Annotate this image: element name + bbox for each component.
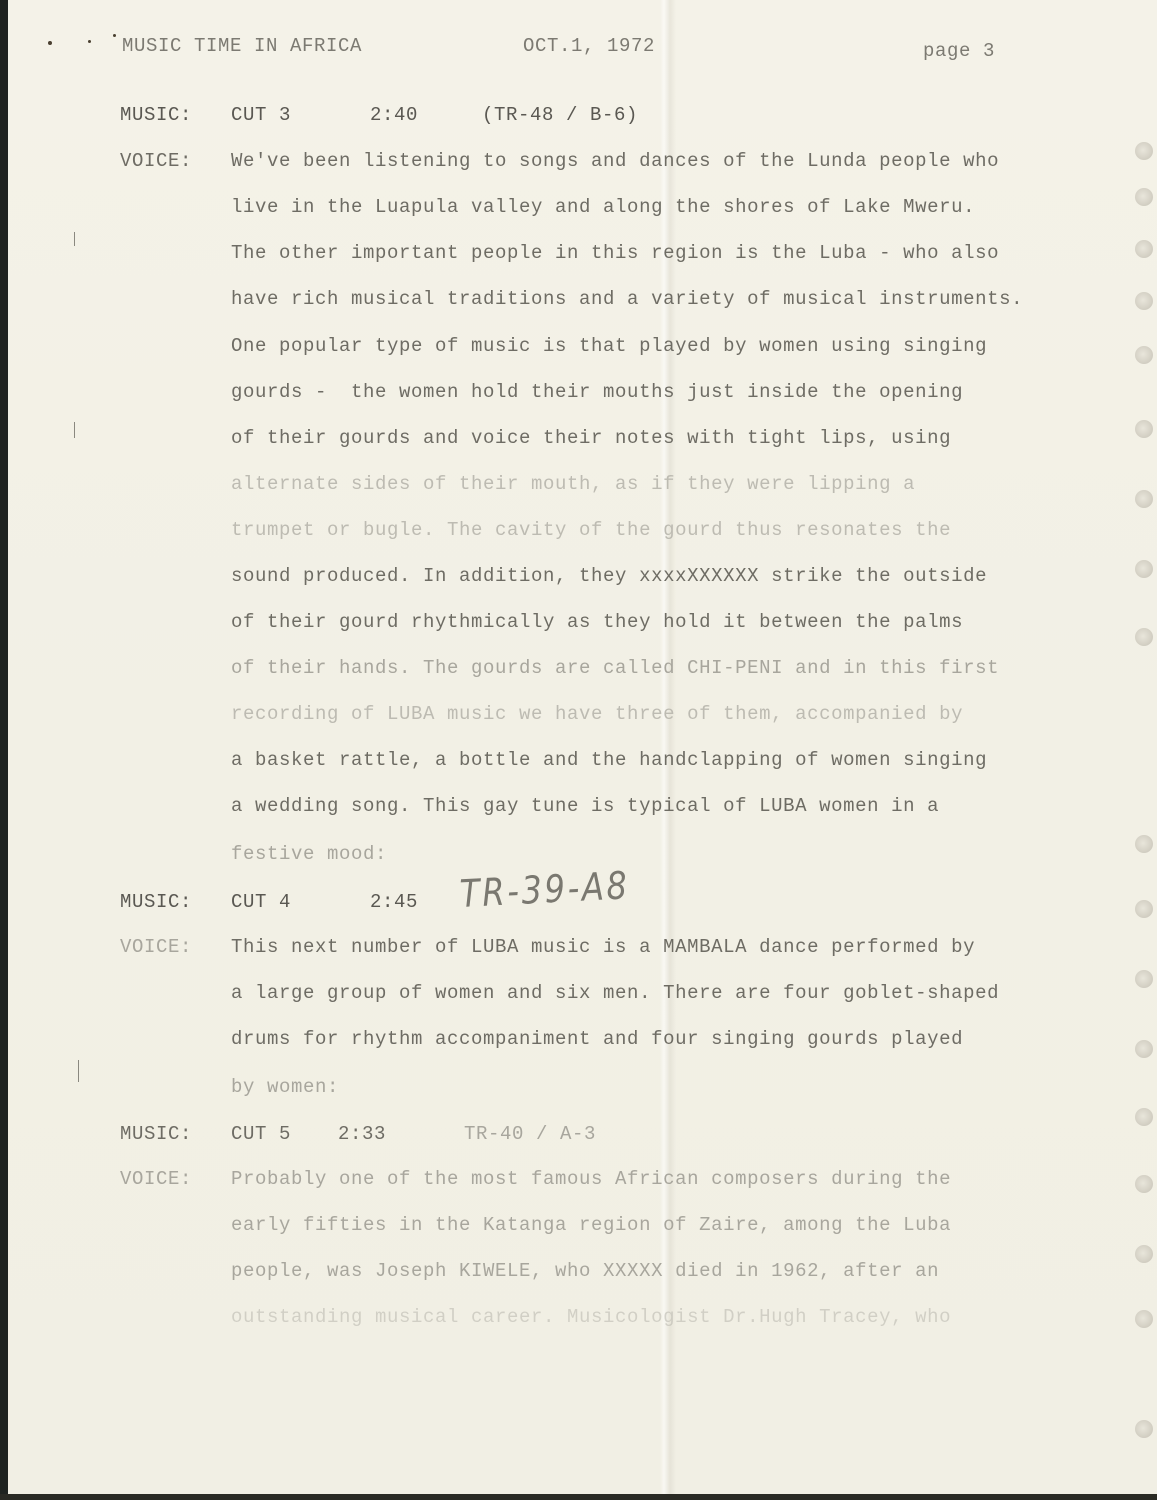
cut-duration: 2:40 [370, 106, 418, 125]
ink-speck [113, 34, 116, 37]
punch-hole [1135, 188, 1153, 206]
page-number: page 3 [923, 42, 995, 61]
punch-hole [1135, 292, 1153, 310]
voice-line: early fifties in the Katanga region of Z… [231, 1216, 951, 1235]
ink-speck [48, 41, 52, 45]
voice-line: live in the Luapula valley and along the… [231, 198, 975, 217]
cut-number: CUT 4 [231, 893, 291, 912]
scanner-bottom-edge [0, 1494, 1157, 1500]
script-title: MUSIC TIME IN AFRICA [122, 37, 362, 56]
punch-hole [1135, 970, 1153, 988]
voice-line: The other important people in this regio… [231, 244, 999, 263]
script-date: OCT.1, 1972 [523, 37, 655, 56]
voice-line: alternate sides of their mouth, as if th… [231, 475, 915, 494]
voice-line: We've been listening to songs and dances… [231, 152, 999, 171]
cut-duration: 2:45 [370, 893, 418, 912]
music-label: MUSIC: [120, 893, 192, 912]
voice-line: gourds - the women hold their mouths jus… [231, 383, 963, 402]
punch-hole [1135, 560, 1153, 578]
voice-line: One popular type of music is that played… [231, 337, 987, 356]
ink-speck [88, 40, 91, 43]
punch-hole [1135, 346, 1153, 364]
punch-hole [1135, 835, 1153, 853]
voice-line: trumpet or bugle. The cavity of the gour… [231, 521, 951, 540]
punch-hole [1135, 900, 1153, 918]
voice-line: of their gourds and voice their notes wi… [231, 429, 951, 448]
margin-mark [74, 232, 75, 246]
voice-line: sound produced. In addition, they xxxxXX… [231, 567, 987, 586]
margin-mark [74, 422, 75, 438]
voice-line: outstanding musical career. Musicologist… [231, 1308, 951, 1327]
punch-hole [1135, 1175, 1153, 1193]
voice-line: by women: [231, 1078, 339, 1097]
voice-line: recording of LUBA music we have three of… [231, 705, 963, 724]
voice-line: drums for rhythm accompaniment and four … [231, 1030, 963, 1049]
voice-label: VOICE: [120, 1170, 192, 1189]
punch-hole [1135, 1245, 1153, 1263]
cut-reference: (TR-48 / B-6) [482, 106, 638, 125]
voice-line: a wedding song. This gay tune is typical… [231, 797, 939, 816]
margin-mark [78, 1060, 79, 1082]
scanner-left-edge [0, 0, 8, 1500]
voice-line: a basket rattle, a bottle and the handcl… [231, 751, 987, 770]
punch-hole [1135, 420, 1153, 438]
typewritten-page: MUSIC TIME IN AFRICA OCT.1, 1972 page 3 … [8, 0, 1157, 1494]
punch-hole [1135, 628, 1153, 646]
music-label: MUSIC: [120, 106, 192, 125]
voice-line: of their gourd rhythmically as they hold… [231, 613, 963, 632]
voice-label: VOICE: [120, 938, 192, 957]
punch-hole [1135, 1040, 1153, 1058]
punch-hole [1135, 1310, 1153, 1328]
voice-line: Probably one of the most famous African … [231, 1170, 951, 1189]
punch-hole [1135, 1420, 1153, 1438]
voice-line: of their hands. The gourds are called CH… [231, 659, 999, 678]
cut-reference: TR-40 / A-3 [464, 1125, 596, 1144]
voice-line: have rich musical traditions and a varie… [231, 290, 1023, 309]
punch-hole [1135, 142, 1153, 160]
cut-number: CUT 3 [231, 106, 291, 125]
punch-hole [1135, 240, 1153, 258]
punch-hole [1135, 1108, 1153, 1126]
cut-duration: 2:33 [338, 1125, 386, 1144]
music-label: MUSIC: [120, 1125, 192, 1144]
voice-line: a large group of women and six men. Ther… [231, 984, 999, 1003]
voice-line: people, was Joseph KIWELE, who XXXXX die… [231, 1262, 939, 1281]
cut-number: CUT 5 [231, 1125, 291, 1144]
voice-line: This next number of LUBA music is a MAMB… [231, 938, 975, 957]
voice-line: festive mood: [231, 845, 387, 864]
handwritten-tape-reference: TR-39-A8 [459, 863, 631, 916]
voice-label: VOICE: [120, 152, 192, 171]
punch-hole [1135, 490, 1153, 508]
